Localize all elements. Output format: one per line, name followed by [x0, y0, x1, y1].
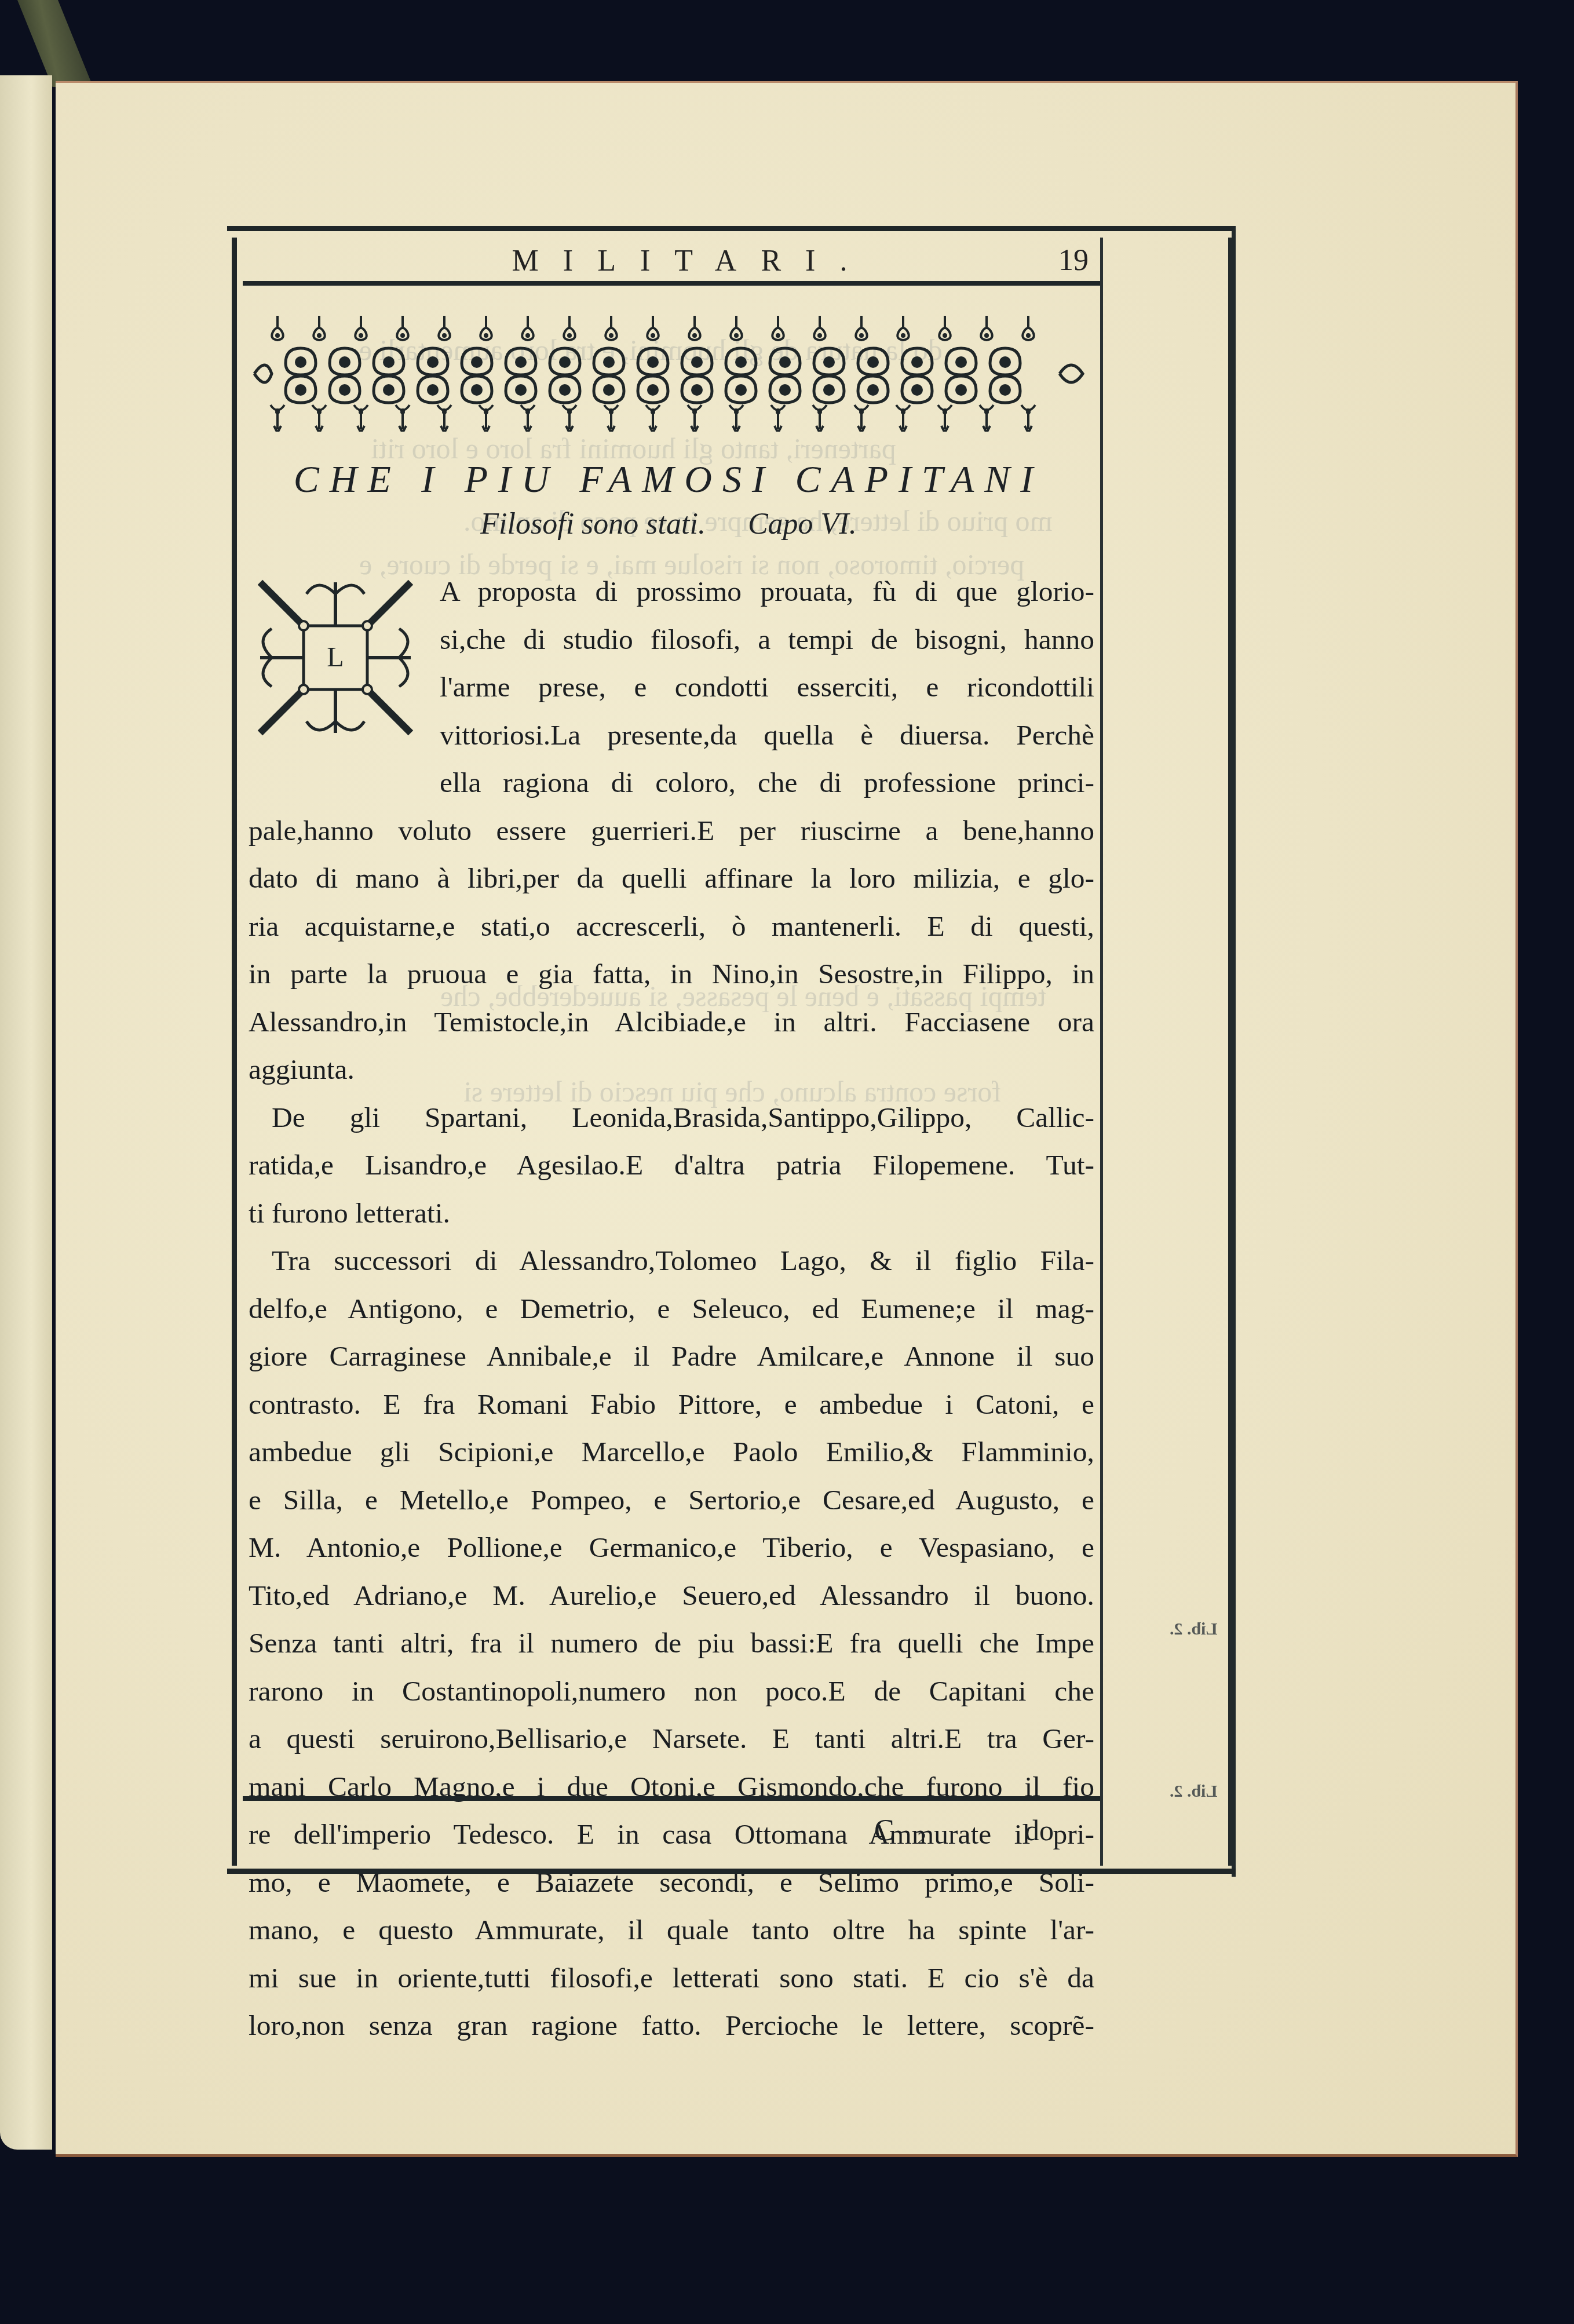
text-line: ratida,e Lisandro,e Agesilao.E d'altra p…: [249, 1141, 1094, 1190]
text-line: vittoriosi.La presente,da quella è diuer…: [440, 712, 1094, 760]
header-rule: [243, 281, 1100, 286]
chapter-number: Capo VI.: [748, 508, 857, 541]
text-line: e Silla, e Metello,e Pompeo, e Sertorio,…: [249, 1476, 1094, 1524]
text-line: Senza tanti altri, fra il numero de piu …: [249, 1619, 1094, 1668]
text-line: dato di mano à libri,per da quelli affin…: [249, 855, 1094, 903]
text-line: De gli Spartani, Leonida,Brasida,Santipp…: [249, 1094, 1094, 1142]
text-line: contrasto. E fra Romani Fabio Pittore, e…: [249, 1381, 1094, 1429]
text-block: MILITARI. 19: [232, 238, 1103, 1866]
chapter-subtitle: Filosofi sono stati. Capo VI.: [237, 507, 1100, 541]
signature-letter: C: [874, 1814, 894, 1847]
page-footer: C2 do: [237, 1814, 1100, 1860]
catchword: do: [1025, 1814, 1054, 1847]
frame-bottom-rule: [227, 1869, 1236, 1874]
bookmark-ribbon: [17, 0, 93, 87]
text-line: a questi seruirono,Bellisario,e Narsete.…: [249, 1715, 1094, 1763]
margin-note-showthrough: Lib. 2.: [1170, 1619, 1218, 1639]
text-line: mi sue in oriente,tutti filosofi,e lette…: [249, 1954, 1094, 2002]
running-title: MILITARI.: [512, 244, 872, 278]
margin-column: Lib. 2. Lib. 2.: [1098, 238, 1232, 1866]
text-line: delfo,e Antigono, e Demetrio, e Seleuco,…: [249, 1285, 1094, 1333]
text-line: si,che di studio filosofi, a tempi de bi…: [440, 616, 1094, 664]
chapter-subtitle-text: Filosofi sono stati.: [480, 508, 706, 541]
signature-number: 2: [918, 1829, 926, 1848]
text-line: A proposta di prossimo prouata, fù di qu…: [440, 568, 1094, 616]
text-line: mani Carlo Magno,e i due Otoni,e Gismond…: [249, 1763, 1094, 1811]
text-line: ambedue gli Scipioni,e Marcello,e Paolo …: [249, 1428, 1094, 1476]
text-line: aggiunta.: [249, 1046, 1094, 1094]
signature-mark: C2: [874, 1814, 926, 1848]
chapter-title: CHE I PIU FAMOSI CAPITANI: [243, 458, 1094, 502]
text-line: Tito,ed Adriano,e M. Aurelio,e Seuero,ed…: [249, 1572, 1094, 1620]
footer-rule: [243, 1796, 1100, 1801]
headpiece-ornament-icon: [249, 316, 1094, 432]
text-line: ella ragiona di coloro, che di professio…: [440, 759, 1094, 807]
text-line: Tra successori di Alessandro,Tolomeo Lag…: [249, 1237, 1094, 1285]
facing-page-edge: [0, 75, 52, 2150]
text-line: loro,non senza gran ragione fatto. Perci…: [249, 2002, 1094, 2050]
text-line: in parte la pruoua e gia fatta, in Nino,…: [249, 950, 1094, 998]
text-line: mo, e Maomete, e Baiazete secondi, e Sel…: [249, 1859, 1094, 1907]
text-line: rarono in Costantinopoli,numero non poco…: [249, 1668, 1094, 1716]
text-line: ti furono letterati.: [249, 1190, 1094, 1238]
text-line: giore Carraginese Annibale,e il Padre Am…: [249, 1333, 1094, 1381]
text-line: ria acquistarne,e stati,o accrescerli, ò…: [249, 903, 1094, 951]
text-line: Alessandro,in Temistocle,in Alcibiade,e …: [249, 998, 1094, 1046]
text-line: M. Antonio,e Pollione,e Germanico,e Tibe…: [249, 1524, 1094, 1572]
running-head: MILITARI.: [249, 238, 1100, 284]
text-line: pale,hanno voluto essere guerrieri.E per…: [249, 807, 1094, 855]
text-line: mano, e questo Ammurate, il quale tanto …: [249, 1906, 1094, 1954]
text-line: l'arme prese, e condotti esserciti, e ri…: [440, 663, 1094, 712]
margin-note-showthrough: Lib. 2.: [1170, 1782, 1218, 1801]
page-number: 19: [1058, 243, 1089, 278]
